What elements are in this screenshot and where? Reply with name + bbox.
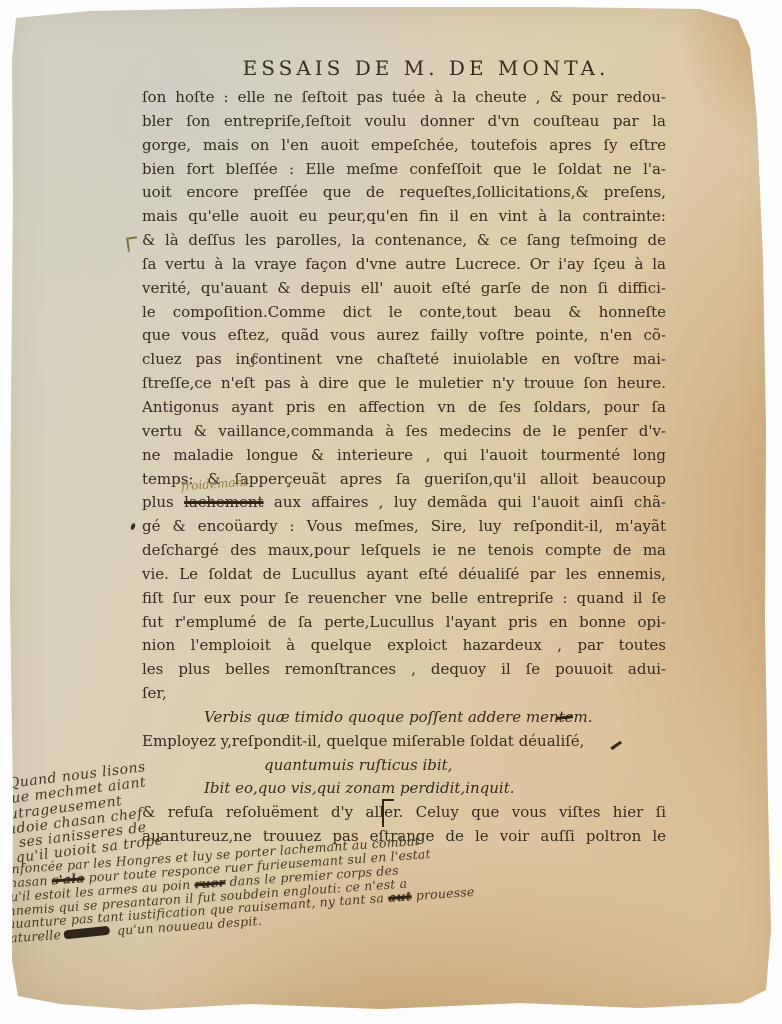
struck-word: aut bbox=[388, 888, 413, 905]
print-line: ſon hoſte : elle ne ſeſtoit pas tuée à l… bbox=[142, 86, 666, 110]
print-line: Verbis quæ timido quoque poſſent addere … bbox=[142, 706, 666, 730]
text-segment: prouesse bbox=[411, 884, 475, 903]
book-page-paper: ESSAIS DE M. DE MONTA. ſon hoſte : elle … bbox=[0, 0, 782, 1024]
print-line: verité, qu'auant & depuis ell' auoit eſt… bbox=[142, 277, 666, 301]
print-line: les plus belles remonſtrances , dequoy i… bbox=[142, 658, 666, 682]
print-line: ne maladie longue & interieure , qui l'a… bbox=[142, 444, 666, 468]
scanned-book-page: ESSAIS DE M. DE MONTA. ſon hoſte : elle … bbox=[0, 0, 782, 1024]
margin-caret-mark bbox=[126, 236, 139, 251]
ink-speck bbox=[130, 523, 136, 531]
print-line: gé & encoüardy : Vous meſmes, Sire, luy … bbox=[142, 515, 666, 539]
print-line: vie. Le ſoldat de Lucullus ayant eſté dé… bbox=[142, 563, 666, 587]
printed-body-text: ſon hoſte : elle ne ſeſtoit pas tuée à l… bbox=[142, 86, 666, 849]
print-line: le compoſition.Comme dict le conte,tout … bbox=[142, 301, 666, 325]
print-line: ſtreſſe,ce n'eſt pas à dire que le mulet… bbox=[142, 372, 666, 396]
print-line: fut r'emplumé de ſa perte,Lucullus l'aya… bbox=[142, 611, 666, 635]
print-line: gorge, mais on l'en auoit empeſchée, tou… bbox=[142, 134, 666, 158]
print-line: & là deſſus les parolles, la contenance,… bbox=[142, 229, 666, 253]
print-line: & refuſa reſoluëment d'y aller. Celuy qu… bbox=[142, 801, 666, 825]
print-line: que vous eſtez, quãd vous aurez failly v… bbox=[142, 324, 666, 348]
print-line: bler ſon entrepriſe,ſeſtoit voulu donner… bbox=[142, 110, 666, 134]
running-header: ESSAIS DE M. DE MONTA. bbox=[142, 56, 688, 80]
print-line: bien fort bleſſée : Elle meſme confeſſoi… bbox=[142, 158, 666, 182]
text-segment: naturelle bbox=[1, 927, 61, 946]
print-line: uoit encore preſſée que de requeſtes,ſol… bbox=[142, 181, 666, 205]
print-line: ſa vertu à la vraye façon d'vne autre Lu… bbox=[142, 253, 666, 277]
struck-word: lachement bbox=[184, 493, 263, 511]
print-line: fiſt ſur eux pour ſe reuencher vne belle… bbox=[142, 587, 666, 611]
print-line: plus lachement aux affaires , luy demãda… bbox=[142, 491, 666, 515]
print-line: deſchargé des maux,pour leſquels ie ne t… bbox=[142, 539, 666, 563]
print-line: Antigonus ayant pris en affection vn de … bbox=[142, 396, 666, 420]
text-segment: aux affaires , luy demãda qui l'auoit ai… bbox=[264, 493, 666, 511]
scribble-blot bbox=[64, 926, 111, 940]
print-line: Employez y,reſpondit-il, quelque miſerab… bbox=[142, 730, 666, 754]
print-line: ſer, bbox=[142, 682, 666, 706]
print-line: Ibit eo,quo vis,qui zonam perdidit,inqui… bbox=[142, 777, 666, 801]
text-segment: plus bbox=[142, 493, 184, 511]
print-line: cluez pas incontinent vne chaſteté inuio… bbox=[142, 348, 666, 372]
print-line: mais qu'elle auoit eu peur,qu'en fin il … bbox=[142, 205, 666, 229]
print-line: vertu & vaillance,commanda à ſes medecin… bbox=[142, 420, 666, 444]
print-line: nion l'emploioit à quelque exploict haza… bbox=[142, 634, 666, 658]
insertion-mark bbox=[382, 799, 394, 827]
print-line: quantumuis ruſticus ibit, bbox=[142, 754, 666, 778]
